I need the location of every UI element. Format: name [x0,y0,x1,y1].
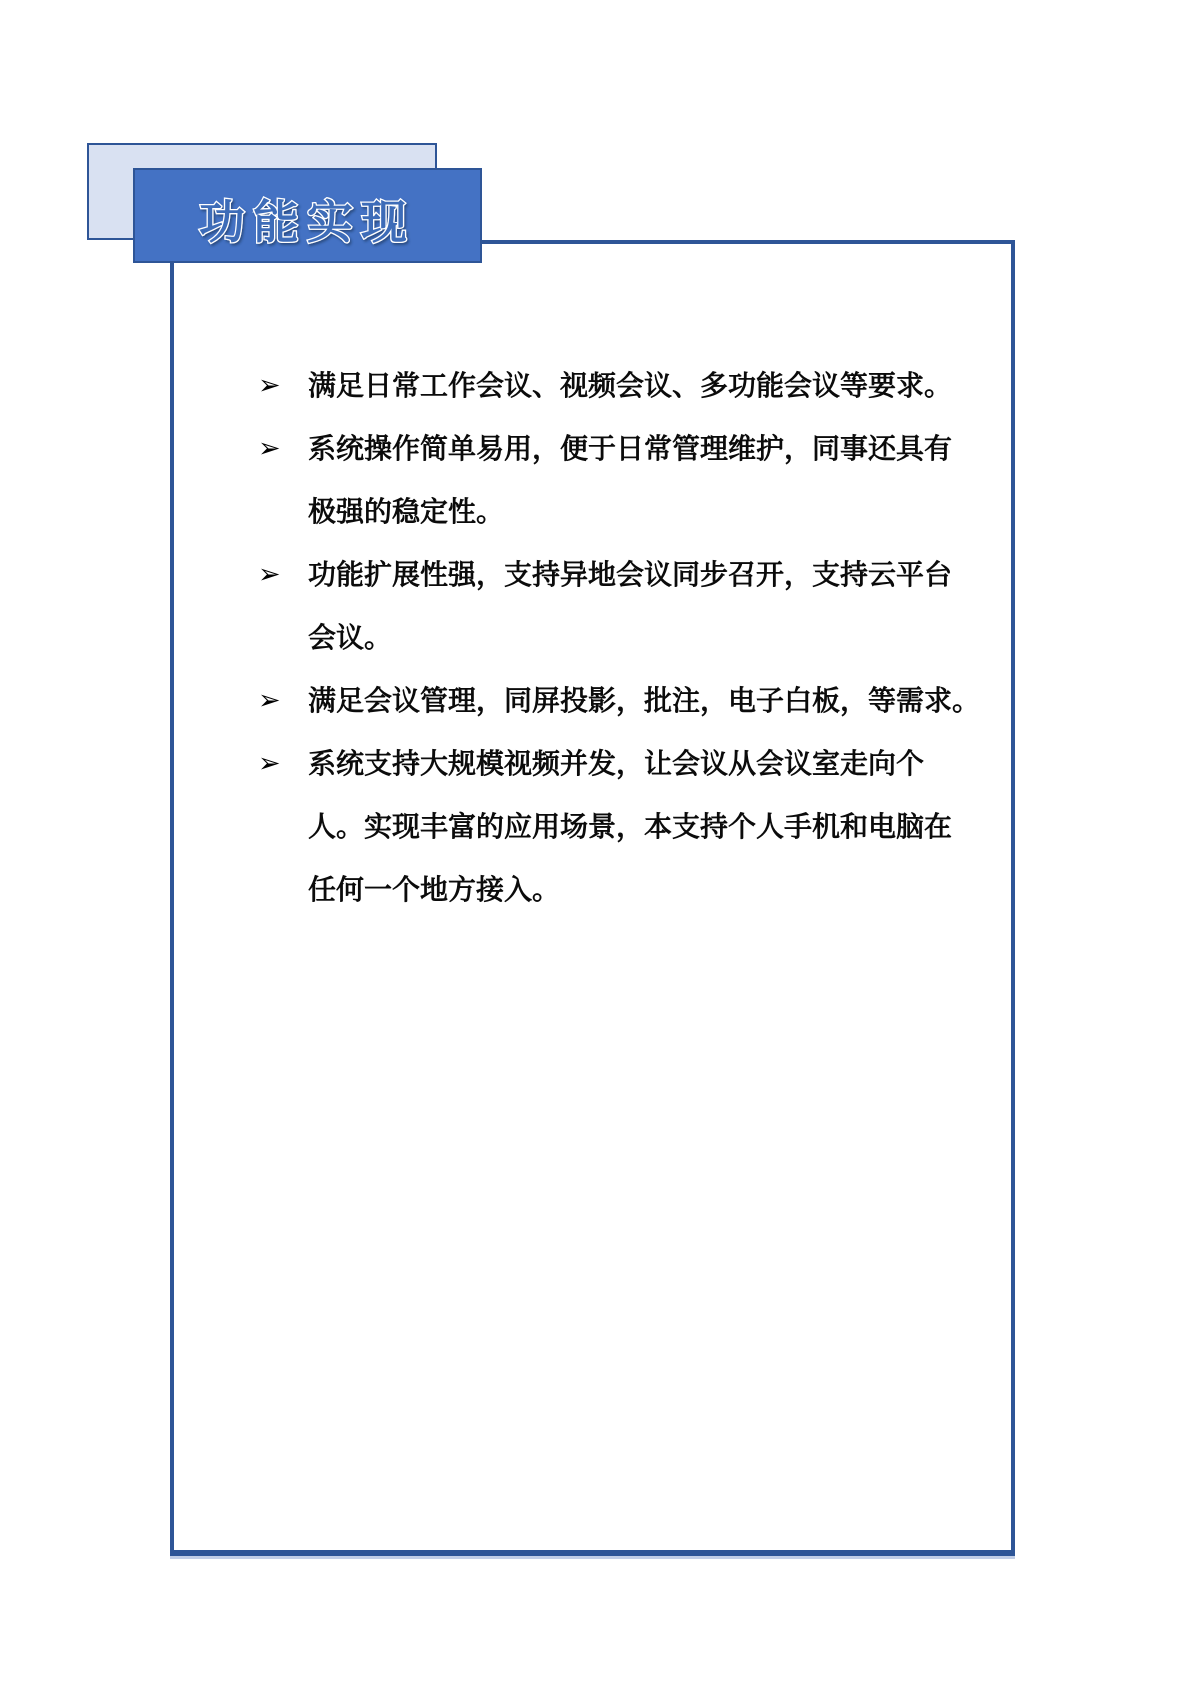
arrow-bullet-icon: ➢ [174,417,308,480]
arrow-bullet-icon: ➢ [174,732,308,795]
text-line: 极强的稳定性。 [308,480,1012,543]
text-line: 功能扩展性强，支持异地会议同步召开，支持云平台 [308,543,1012,606]
text-line: 会议。 [308,606,1012,669]
list-item-text: 功能扩展性强，支持异地会议同步召开，支持云平台 会议。 [308,543,1012,669]
list-item-text: 系统操作简单易用，便于日常管理维护，同事还具有 极强的稳定性。 [308,417,1012,543]
feature-list: ➢ 满足日常工作会议、视频会议、多功能会议等要求。 ➢ 系统操作简单易用，便于日… [174,354,1012,921]
text-line: 系统支持大规模视频并发，让会议从会议室走向个 [308,732,1012,795]
list-item: ➢ 系统支持大规模视频并发，让会议从会议室走向个 人。实现丰富的应用场景，本支持… [174,732,1012,921]
text-line: 任何一个地方接入。 [308,858,1012,921]
text-line: 系统操作简单易用，便于日常管理维护，同事还具有 [308,417,1012,480]
list-item: ➢ 满足会议管理，同屏投影，批注，电子白板，等需求。 [174,669,1012,732]
list-item: ➢ 功能扩展性强，支持异地会议同步召开，支持云平台 会议。 [174,543,1012,669]
arrow-bullet-icon: ➢ [174,354,308,417]
arrow-bullet-icon: ➢ [174,669,308,732]
list-item-text: 满足日常工作会议、视频会议、多功能会议等要求。 [308,354,1012,417]
title-banner-art: 功能实现 [135,170,480,261]
list-item-text: 系统支持大规模视频并发，让会议从会议室走向个 人。实现丰富的应用场景，本支持个人… [308,732,1012,921]
text-line: 满足日常工作会议、视频会议、多功能会议等要求。 [308,354,1012,417]
text-line: 满足会议管理，同屏投影，批注，电子白板，等需求。 [308,669,1012,732]
text-line: 人。实现丰富的应用场景，本支持个人手机和电脑在 [308,795,1012,858]
title-banner: 功能实现 [133,168,482,263]
list-item: ➢ 系统操作简单易用，便于日常管理维护，同事还具有 极强的稳定性。 [174,417,1012,543]
document-page: { "page": { "background": "#FFFFFF" }, "… [0,0,1200,1697]
arrow-bullet-icon: ➢ [174,543,308,606]
page-title: 功能实现 [199,196,415,248]
list-item-text: 满足会议管理，同屏投影，批注，电子白板，等需求。 [308,669,1012,732]
list-item: ➢ 满足日常工作会议、视频会议、多功能会议等要求。 [174,354,1012,417]
